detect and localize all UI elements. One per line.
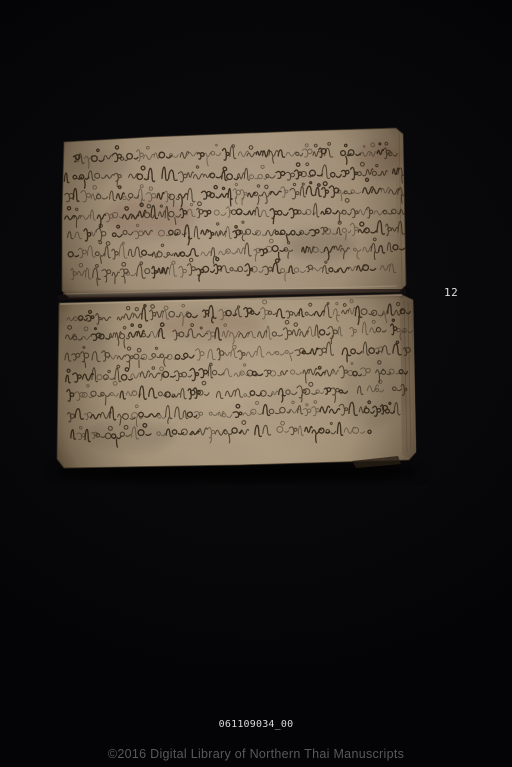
lower-page-vignette: [48, 288, 426, 476]
page-number-label: 12: [444, 287, 458, 298]
image-id-label: 061109034_00: [0, 719, 512, 731]
manuscript-photo: [0, 0, 512, 767]
copyright-label: ©2016 Digital Library of Northern Thai M…: [0, 747, 512, 761]
upper-page-surface: [50, 120, 416, 306]
upper-page-vignette: [50, 120, 416, 306]
photo-viewer-canvas: 12 061109034_00 ©2016 Digital Library of…: [0, 0, 512, 767]
lower-page-surface: [48, 288, 426, 476]
